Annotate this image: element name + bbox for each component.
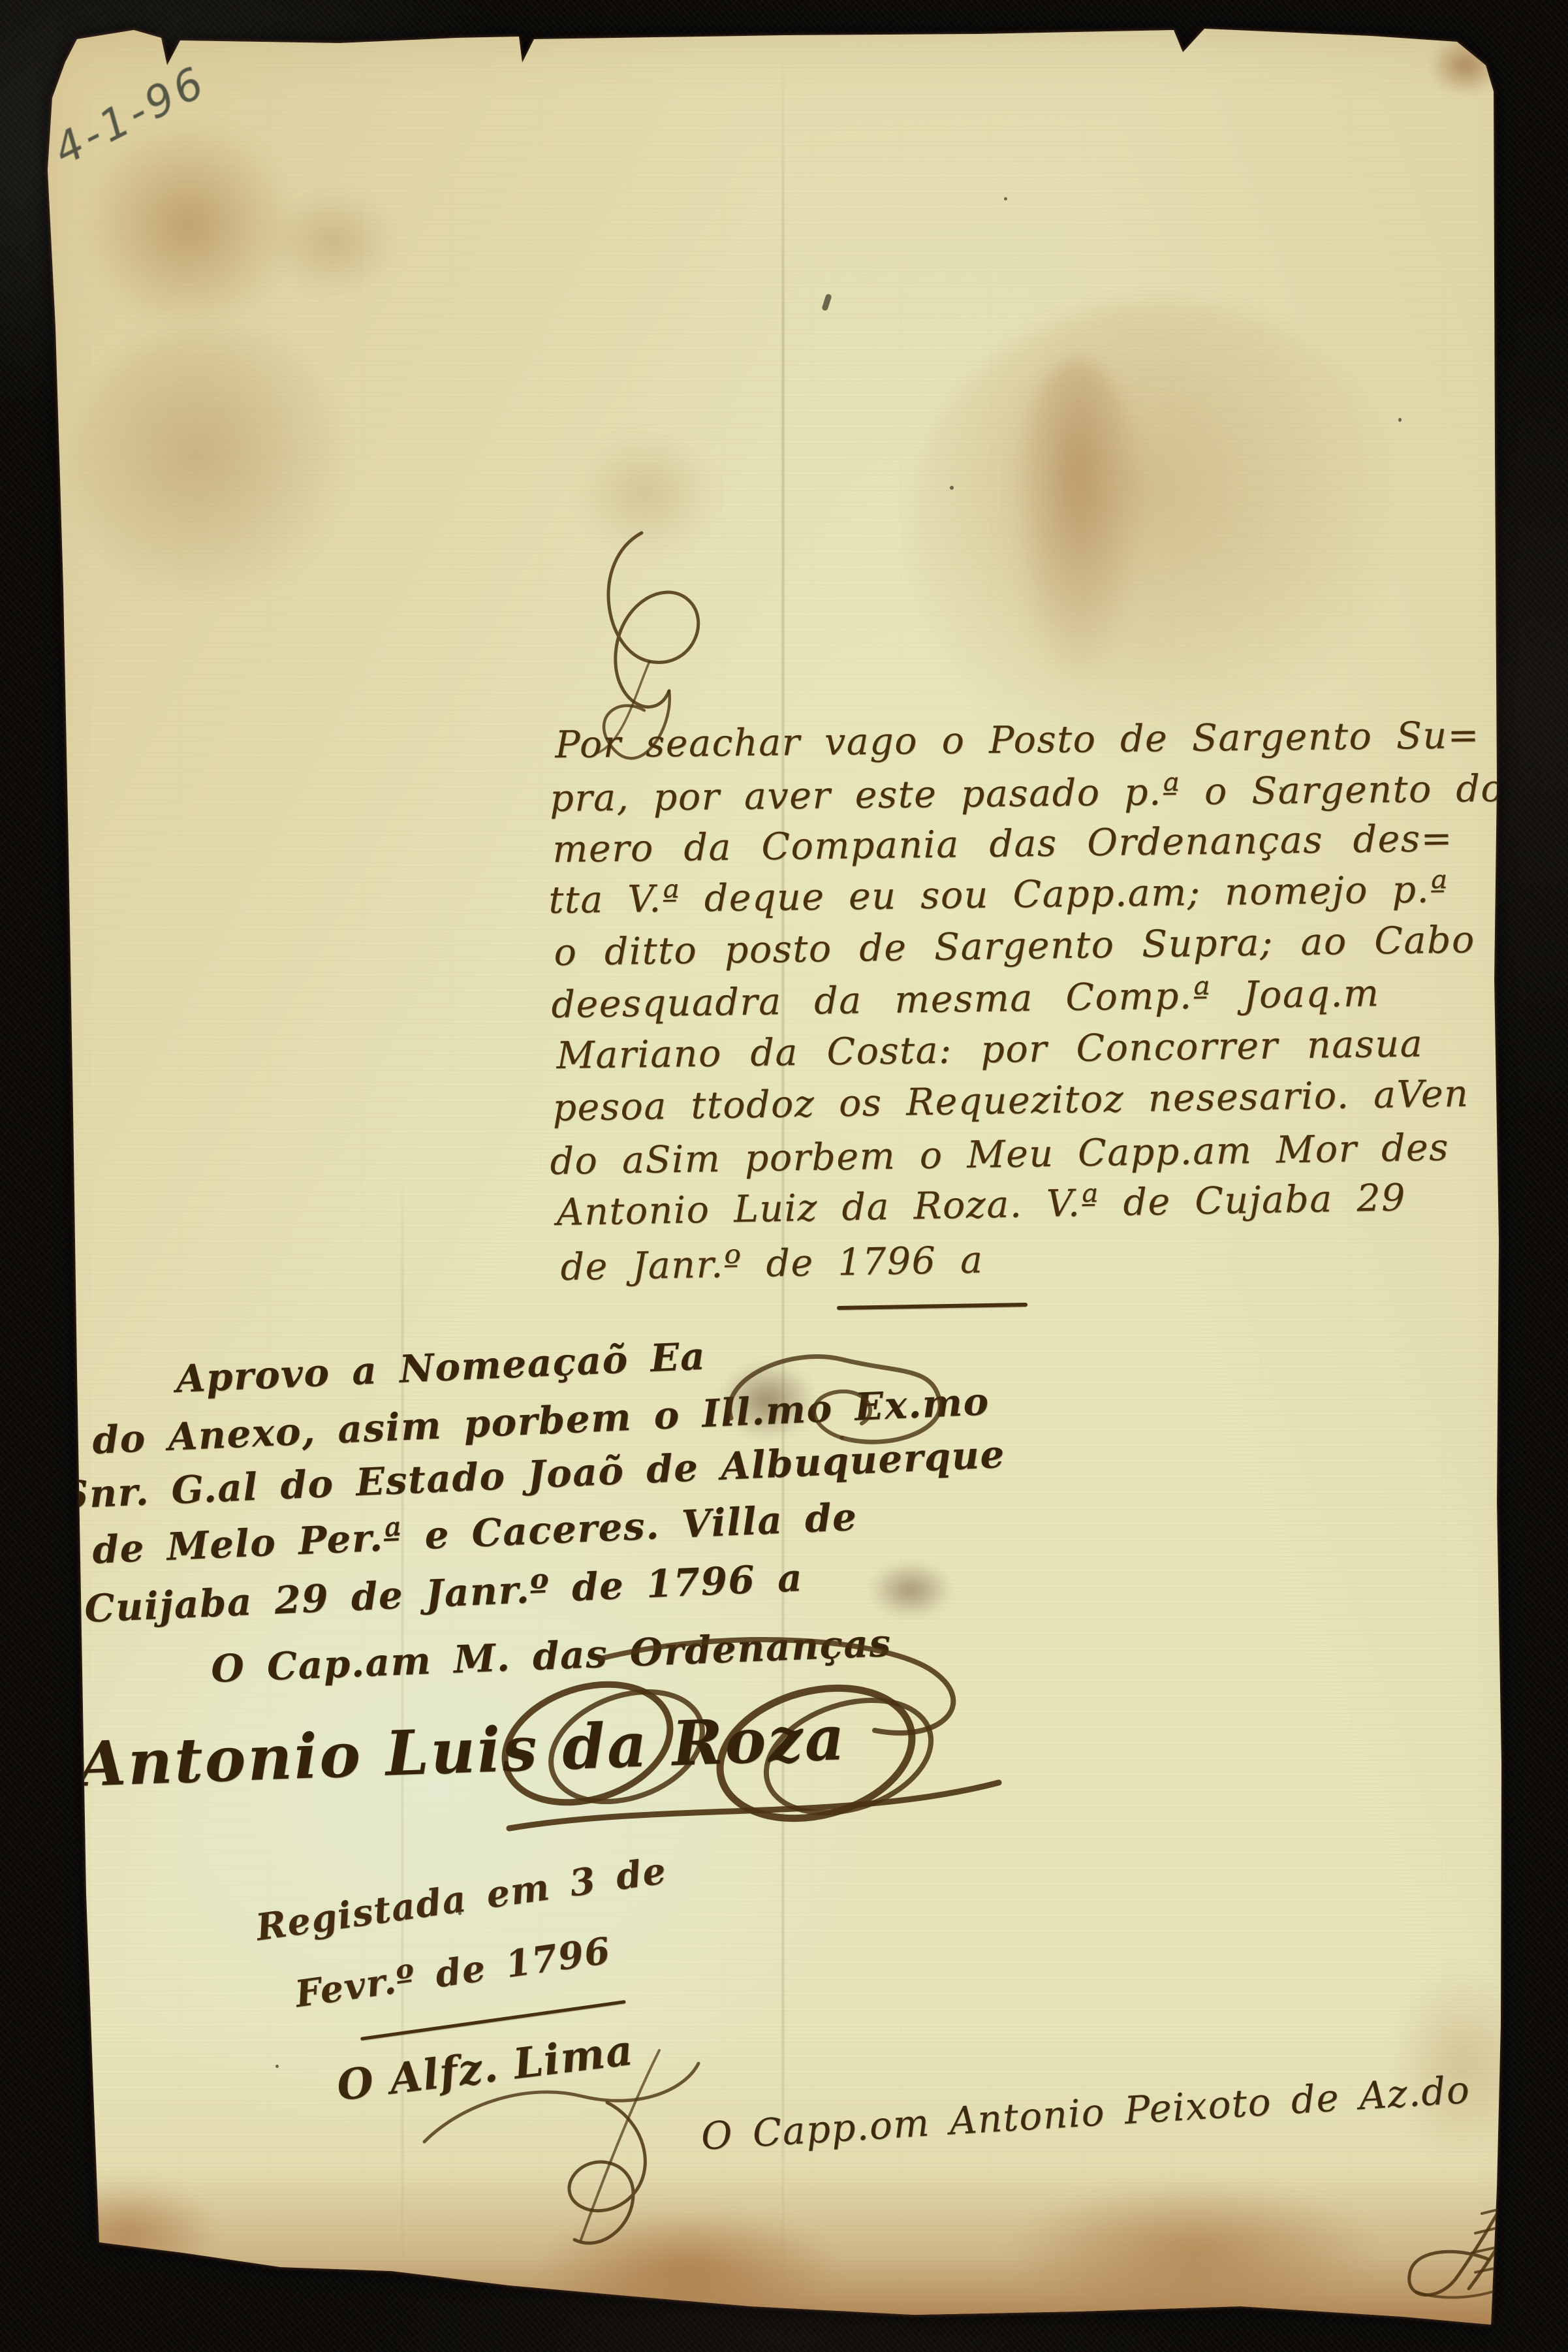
stain-top-right-corner — [1430, 36, 1501, 95]
manuscript-line: deesquadra da mesma Comp.ª Joaq.m — [551, 972, 1380, 1026]
manuscript-line-date: de Janr.º de 1796 a — [560, 1239, 984, 1289]
stain-left-mid — [72, 326, 353, 607]
manuscript-line: o ditto posto de Sargento Supra; ao Cabo — [554, 918, 1475, 974]
manuscript-line: tta V.ª deque eu sou Capp.am; nomejo p.ª — [548, 868, 1449, 922]
manuscript-page: 4-1-96 Por seachar vago o Posto de Sarge… — [0, 0, 1568, 2352]
ink-speck — [275, 2065, 279, 2068]
manuscript-line: Por seachar vago o Posto de Sargento Su= — [555, 714, 1480, 767]
pencil-archival-number: 4-1-96 — [46, 56, 215, 176]
stain-right-lower — [1390, 1965, 1534, 2161]
stain-under-initial — [574, 431, 718, 555]
manuscript-line: do aSim porbem o Meu Capp.am Mor des — [550, 1126, 1449, 1183]
stain-center-streak — [1009, 359, 1146, 686]
stain-bottom-blob-2 — [1005, 2181, 1384, 2318]
stain-bottom-blob-1 — [535, 2207, 842, 2325]
footer-attestation: O Capp.om Antonio Peixoto de Az.do — [700, 2067, 1471, 2159]
approval-signature: Antonio Luis da Roza — [77, 1702, 847, 1801]
stain-bottom-band — [39, 2168, 1498, 2331]
stray-dash-mark — [56, 2138, 86, 2148]
approval-line: Aprovo a Nomeaçaõ Ea — [175, 1334, 706, 1401]
manuscript-line: mero da Compania das Ordenanças des= — [552, 817, 1453, 871]
manuscript-line: pra, por aver este pasado p.ª o Sargento… — [550, 766, 1568, 820]
stain-upper-small — [268, 189, 398, 294]
footer-signature-rubric — [1377, 2135, 1568, 2305]
manuscript-line: Mariano da Costa: por Concorrer nasua — [556, 1022, 1424, 1077]
manuscript-line: Antonio Luiz da Roza. V.ª de Cujaba 29 — [556, 1176, 1406, 1234]
stain-bottom-left-corner — [36, 2181, 219, 2285]
registration-signature: O Alfz. Lima — [334, 2026, 636, 2110]
ink-speck — [950, 486, 954, 490]
ink-speck — [1004, 197, 1007, 200]
stain-center-right-large — [907, 300, 1417, 771]
manuscript-line: pesoa ttodoz os Requezitoz nesesario. aV… — [552, 1072, 1469, 1130]
registration-line: Fevr.º de 1796 — [292, 1929, 614, 2016]
manuscript-photo: 4-1-96 Por seachar vago o Posto de Sarge… — [0, 0, 1568, 2352]
ink-speck — [821, 293, 832, 311]
ink-smudge-albuquerque — [868, 1561, 953, 1619]
ink-speck — [1398, 418, 1402, 422]
approval-line: O Cap.am M. das Ordenanças — [210, 1621, 892, 1691]
date-underline — [837, 1303, 1027, 1310]
